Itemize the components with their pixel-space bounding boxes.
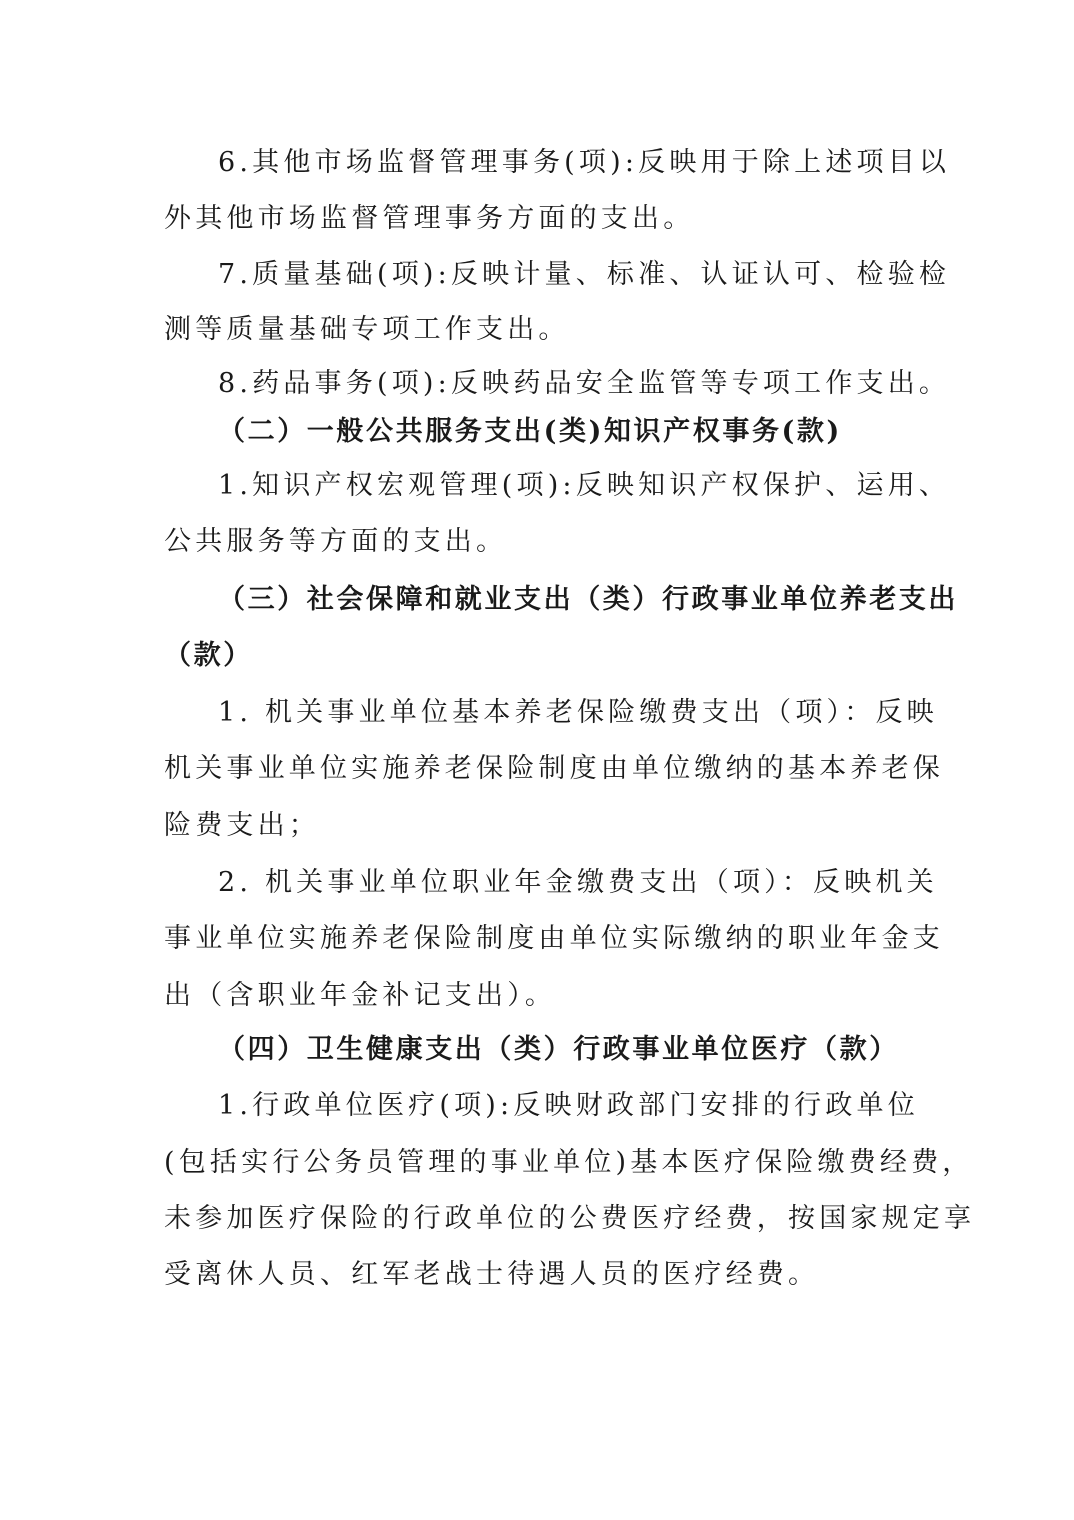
- section-4-heading: （四）卫生健康支出（类）行政事业单位医疗（款）: [218, 1030, 966, 1070]
- item-7-quality-foundation-line-1: 7.质量基础(项):反映计量、标准、认证认可、检验检: [218, 255, 912, 295]
- section-3-heading-line-2: （款）: [164, 636, 912, 676]
- item-admin-medical-line-4: 受离休人员、红军老战士待遇人员的医疗经费。: [164, 1255, 912, 1295]
- item-ip-macro-management-line-2: 公共服务等方面的支出。: [164, 522, 912, 562]
- item-admin-medical-line-2: (包括实行公务员管理的事业单位)基本医疗保险缴费经费，: [164, 1143, 912, 1183]
- item-8-drug-affairs-line: 8.药品事务(项):反映药品安全监管等专项工作支出。: [218, 364, 912, 404]
- item-occupational-annuity-line-1: 2. 机关事业单位职业年金缴费支出（项）：反映机关: [218, 863, 912, 903]
- item-basic-pension-line-3: 险费支出；: [164, 806, 912, 846]
- item-ip-macro-management-line-1: 1.知识产权宏观管理(项):反映知识产权保护、运用、: [218, 466, 912, 506]
- item-6-other-market-supervision-line-2: 外其他市场监督管理事务方面的支出。: [164, 199, 912, 239]
- item-basic-pension-line-1: 1. 机关事业单位基本养老保险缴费支出（项）：反映: [218, 693, 912, 733]
- item-6-other-market-supervision-line-1: 6.其他市场监督管理事务(项):反映用于除上述项目以: [218, 143, 912, 183]
- section-3-heading-line-1: （三）社会保障和就业支出（类）行政事业单位养老支出: [218, 580, 912, 620]
- item-admin-medical-line-3: 未参加医疗保险的行政单位的公费医疗经费，按国家规定享: [164, 1199, 912, 1239]
- document-page: 6.其他市场监督管理事务(项):反映用于除上述项目以 外其他市场监督管理事务方面…: [0, 0, 1074, 1520]
- item-occupational-annuity-line-2: 事业单位实施养老保险制度由单位实际缴纳的职业年金支: [164, 919, 912, 959]
- section-2-heading: （二）一般公共服务支出(类)知识产权事务(款): [218, 412, 966, 452]
- item-admin-medical-line-1: 1.行政单位医疗(项):反映财政部门安排的行政单位: [218, 1086, 912, 1126]
- item-occupational-annuity-line-3: 出（含职业年金补记支出）。: [164, 976, 912, 1016]
- item-7-quality-foundation-line-2: 测等质量基础专项工作支出。: [164, 310, 912, 350]
- item-basic-pension-line-2: 机关事业单位实施养老保险制度由单位缴纳的基本养老保: [164, 749, 912, 789]
